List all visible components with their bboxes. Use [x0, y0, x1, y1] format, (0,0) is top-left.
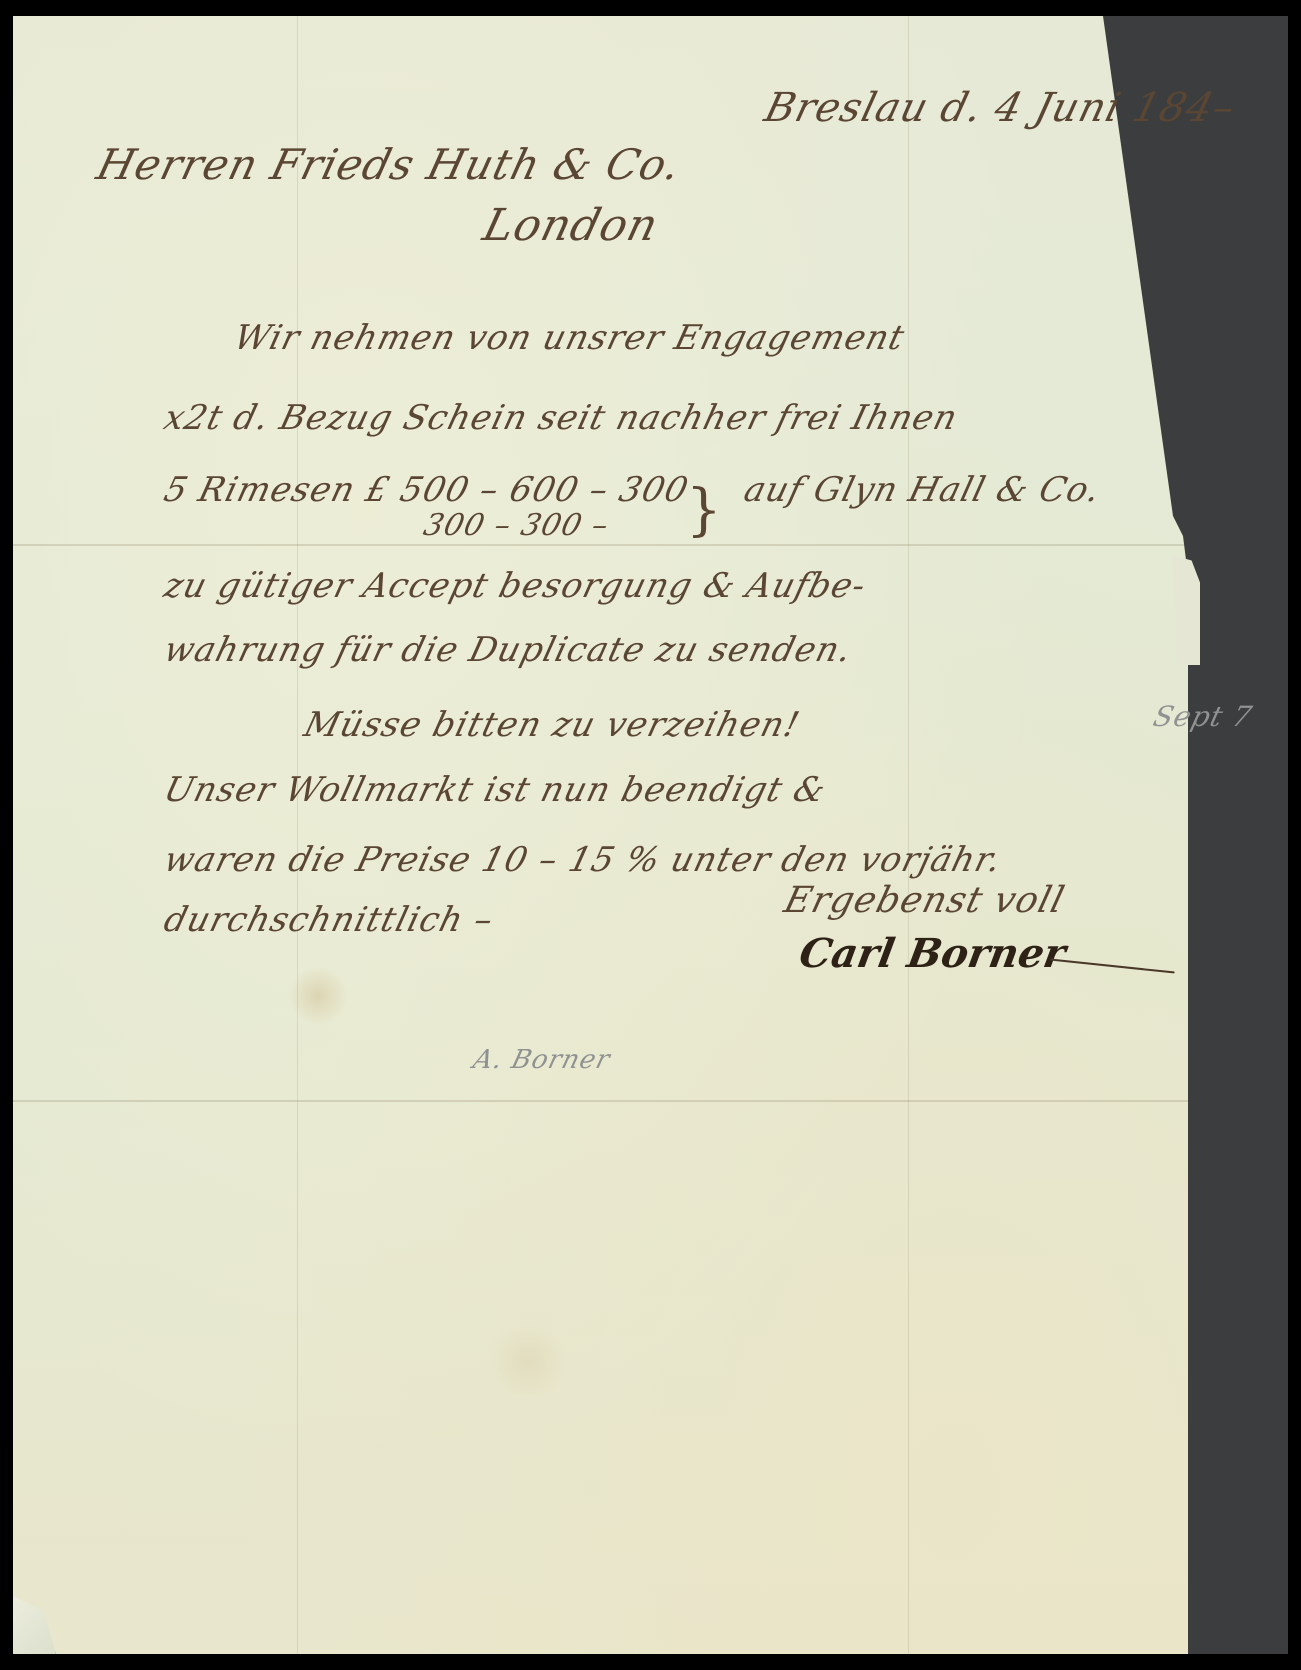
fold-line-vertical [297, 16, 298, 1654]
addressee-line1: Herren Frieds Huth & Co. [92, 140, 686, 189]
body-line: Müsse bitten zu verzeihen! [300, 705, 804, 745]
body-line-amounts: 5 Rimesen £ 500 – 600 – 300 [160, 470, 693, 510]
dateline: Breslau d. 4 Juni 184– [760, 85, 1240, 131]
fold-line-horizontal [13, 1100, 1188, 1102]
signature: Carl Borner [796, 930, 1069, 977]
archival-pencil-note: A. Borner [470, 1045, 614, 1075]
body-line: waren die Preise 10 – 15 % unter den vor… [160, 840, 1006, 880]
body-line: Wir nehmen von unsrer Engagement [230, 318, 909, 358]
closing: Ergebenst voll [780, 880, 1069, 921]
body-line: x2t d. Bezug Schein seit nachher frei Ih… [160, 398, 962, 438]
paper-stain [288, 966, 348, 1026]
body-line: Unser Wollmarkt ist nun beendigt & [160, 770, 830, 810]
body-line: wahrung für die Duplicate zu senden. [160, 630, 856, 670]
addressee-line2: London [478, 200, 664, 251]
letter-sheet [13, 16, 1188, 1654]
fold-line-vertical [908, 16, 909, 1654]
body-line-amounts-2: 300 – 300 – [420, 508, 613, 543]
body-line: durchschnittlich – [160, 900, 498, 940]
fold-line-horizontal [13, 544, 1188, 546]
margin-pencil-note: Sept 7 [1150, 700, 1256, 733]
paper-stain [483, 1326, 573, 1396]
curly-brace: } [686, 478, 722, 543]
body-line-bank: auf Glyn Hall & Co. [740, 470, 1105, 510]
body-line: zu gütiger Accept besorgung & Aufbe- [160, 566, 870, 606]
